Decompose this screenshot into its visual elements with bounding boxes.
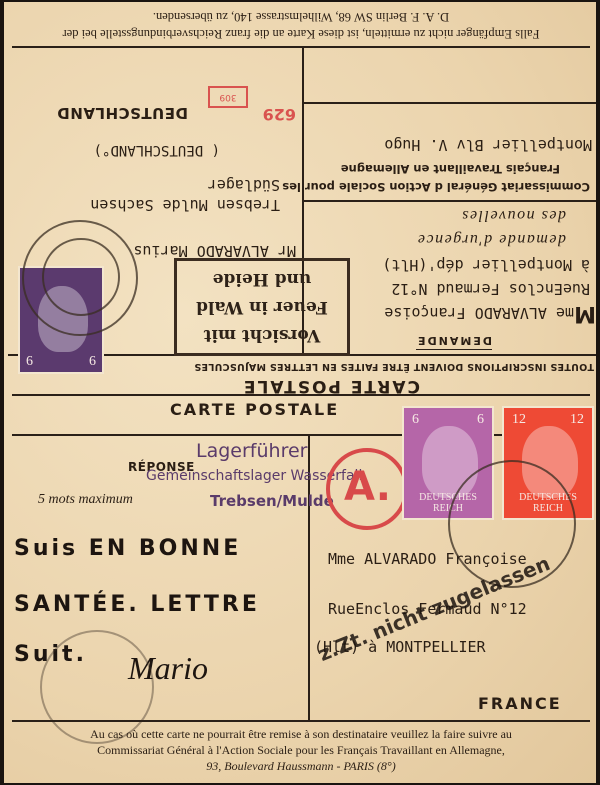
- red-number: 629: [263, 105, 296, 124]
- sender-prefix: M: [574, 301, 596, 326]
- message-line-1: Suis EN BONNE: [14, 536, 241, 561]
- footer-line2: Commissariat Général à l'Action Sociale …: [12, 742, 590, 758]
- top-notice-line1: Falls Empfänger nicht zu ermitteln, ist …: [16, 25, 586, 42]
- addressee: Mr ALVARADO Marius: [133, 242, 296, 260]
- slogan-stamp: Vorsicht mit Feuer in Wald und Heide: [174, 258, 350, 356]
- message-line-2: SANTÉE. LETTRE: [14, 592, 260, 617]
- top-notice-line2: D. A. F. Berlin SW 68, Wilhelmstrasse 14…: [16, 8, 586, 25]
- camp-stamp-line1: Lagerführer: [196, 440, 307, 462]
- top-notice: Falls Empfänger nicht zu ermitteln, ist …: [16, 6, 586, 42]
- footer-line1: Au cas où cette carte ne pourrait être r…: [12, 726, 590, 742]
- commissariat-line2: Français Travaillant en Allemagne: [341, 162, 560, 176]
- footer-line3: 93, Boulevard Haussmann - PARIS (8°): [12, 758, 590, 774]
- sender-name: me ALVARADO Françoise: [384, 304, 574, 322]
- recipient-country: FRANCE: [478, 694, 562, 713]
- divider: [12, 720, 590, 722]
- upper-title: CARTE POSTALE: [242, 376, 420, 396]
- town: Trebsen Mulde Sachsen: [90, 196, 280, 214]
- divider: [304, 102, 596, 104]
- lower-title: CARTE POSTALE: [170, 400, 339, 419]
- slogan-text: Vorsicht mit Feuer in Wald und Heide: [196, 269, 328, 345]
- request-line-1: des nouvelles: [461, 206, 566, 224]
- red-box-stamp: 309: [208, 86, 248, 108]
- postcard: Falls Empfänger nicht zu ermitteln, ist …: [4, 2, 596, 783]
- request-line-2: demande d'urgence: [416, 230, 566, 248]
- instructions: TOUTES INSCRIPTIONS DOIVENT ÊTRE FAITES …: [194, 361, 594, 372]
- country-paren: ( DEUTSCHLAND°): [94, 142, 220, 158]
- divider: [304, 200, 596, 202]
- country: DEUTSCHLAND: [57, 104, 188, 122]
- commissariat-street: Montpellier Blv V. Hugo: [384, 136, 592, 154]
- censor-mark: A.: [344, 464, 391, 510]
- censor-circle: A.: [326, 448, 408, 530]
- recipient-name: Mme ALVARADO Françoise: [328, 550, 527, 568]
- camp: Südlager: [208, 176, 280, 194]
- fold-line: [12, 394, 590, 396]
- commissariat-line1: Commissariat Général d Action Sociale po…: [282, 180, 590, 194]
- sender-address: RueEnclos Fermaud N°12: [391, 280, 590, 298]
- request-line-3: à Montpellier dép'(Hlt): [382, 256, 590, 274]
- demande-label: DEMANDE: [416, 334, 492, 350]
- footer: Au cas où cette carte ne pourrait être r…: [12, 726, 590, 774]
- max-words: 5 mots maximum: [38, 492, 133, 508]
- berlin-postmark-inner: [42, 238, 120, 316]
- camp-stamp-line3: Trebsen/Mulde: [210, 492, 334, 510]
